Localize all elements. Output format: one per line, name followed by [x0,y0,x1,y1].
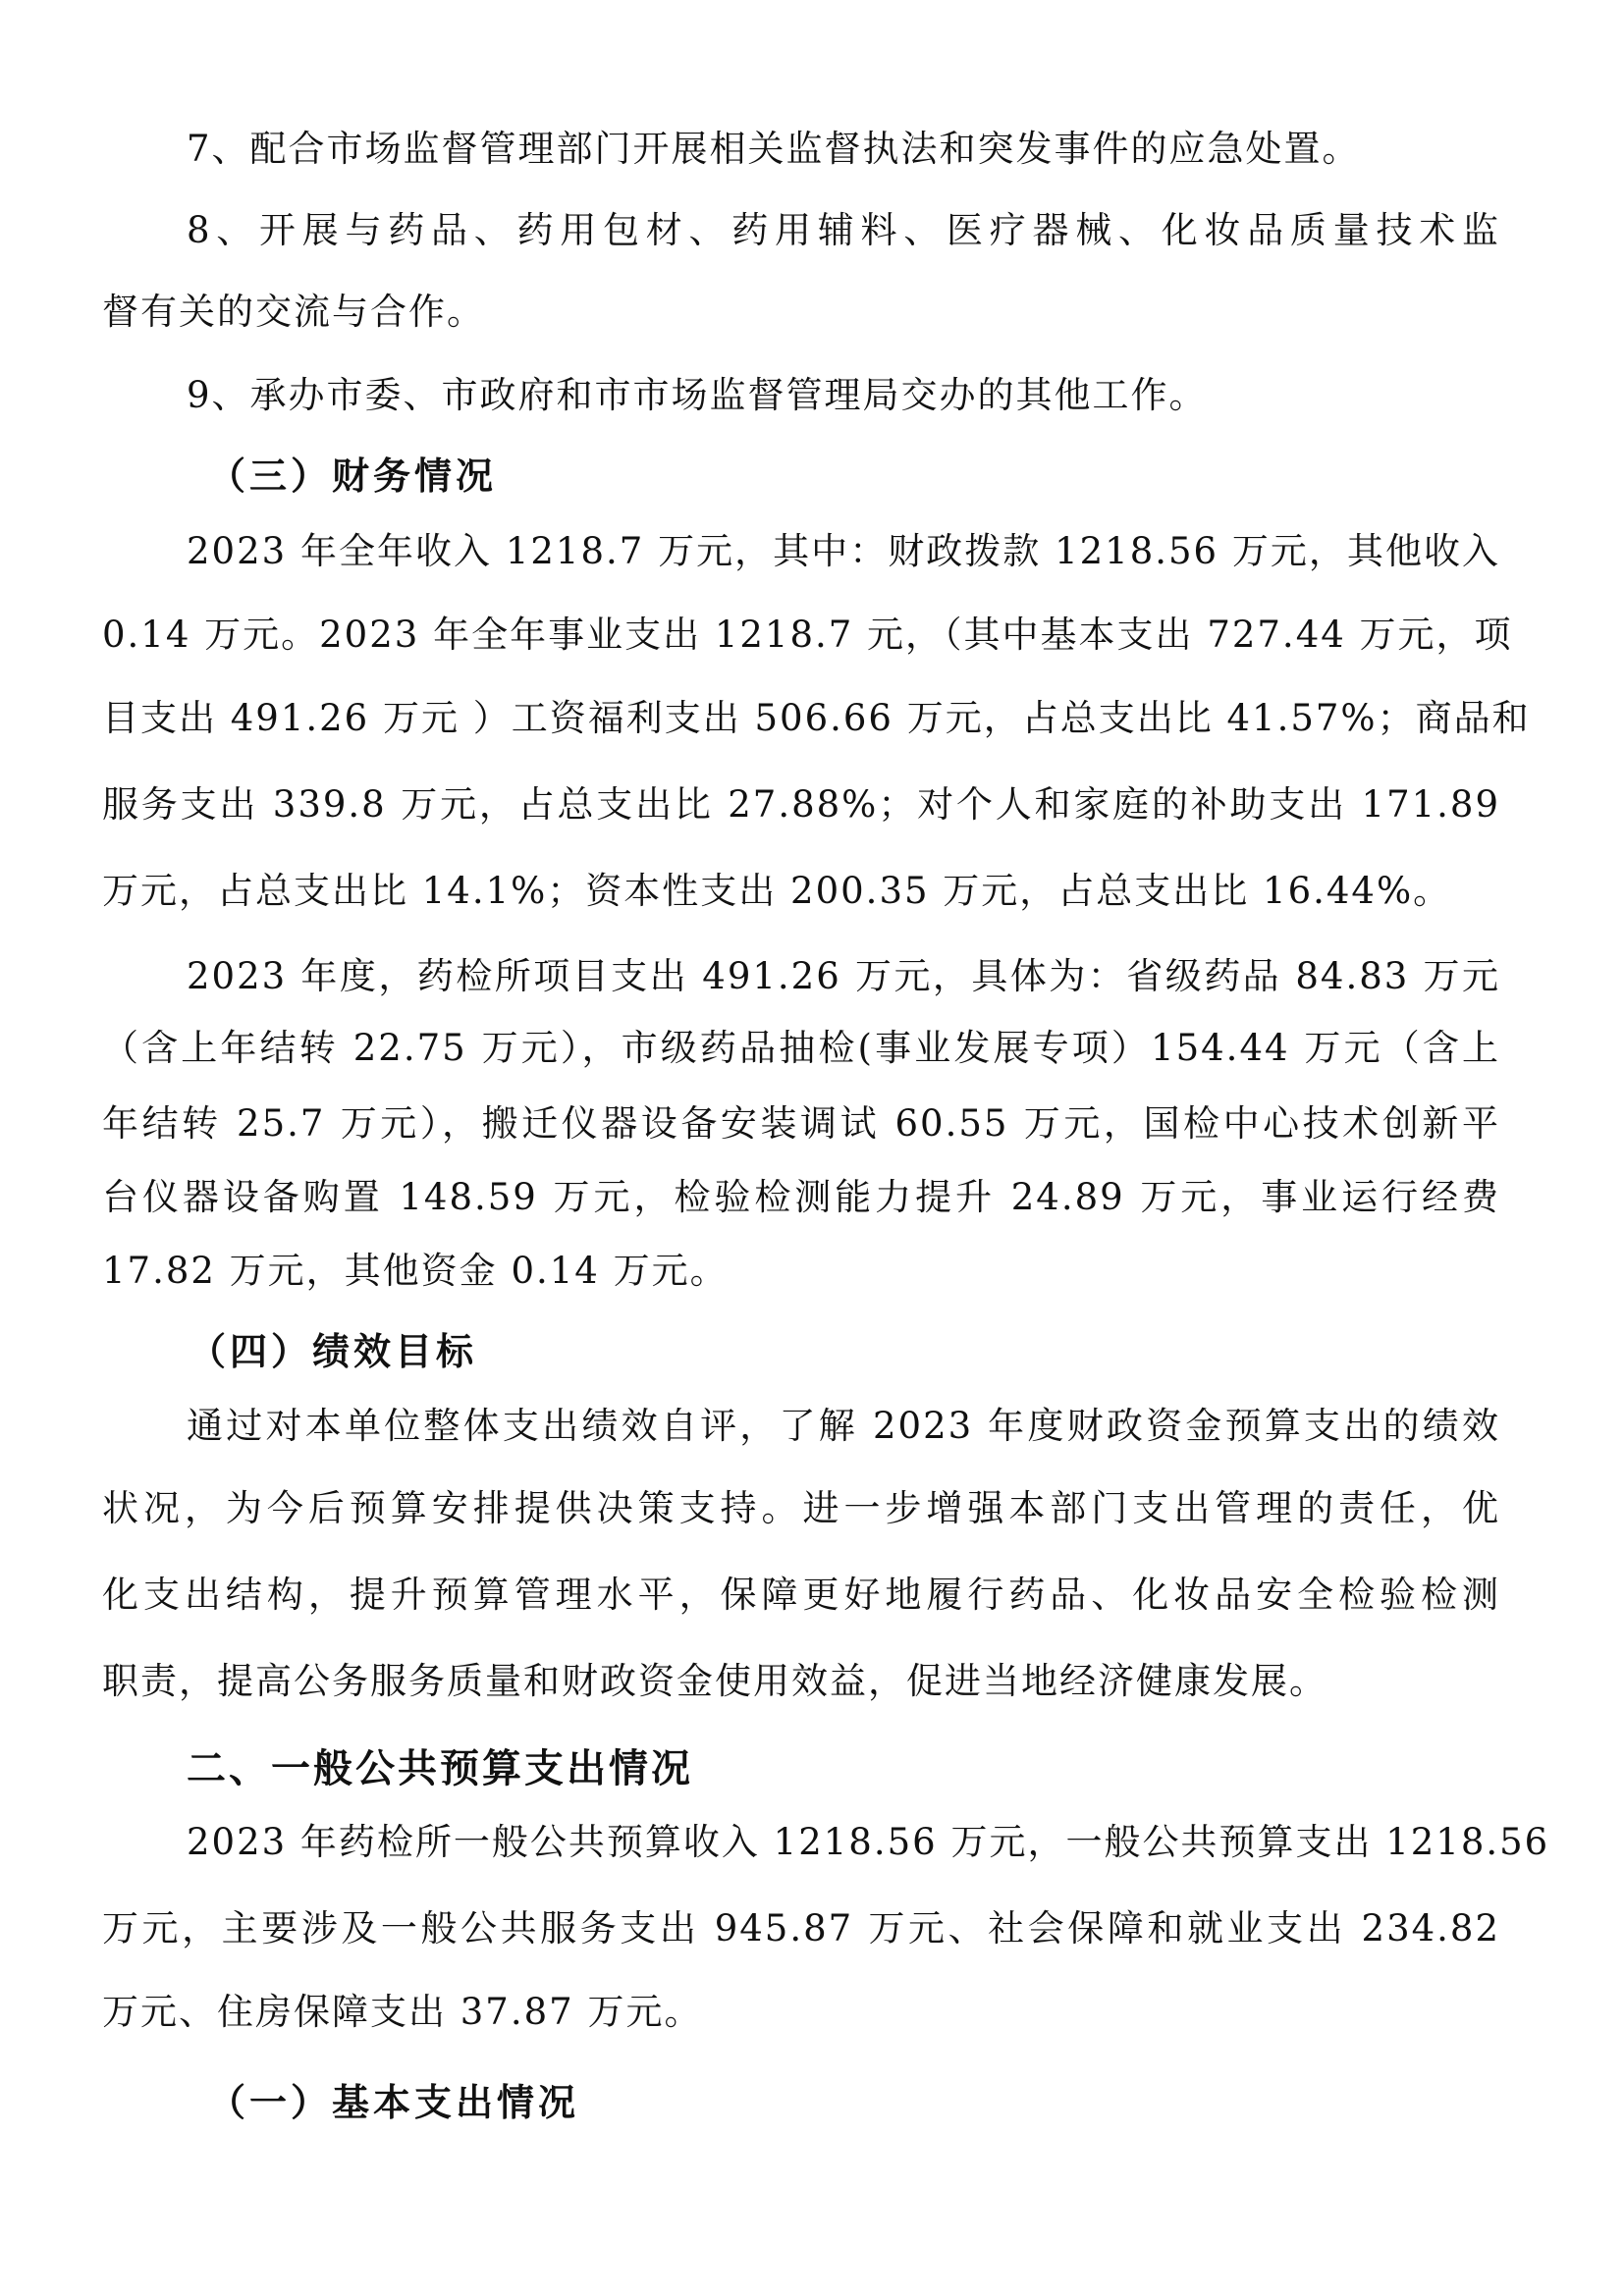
list-item-9: 9、承办市委、市政府和市市场监督管理局交办的其他工作。 [187,366,1500,425]
list-item-8-cont: 督有关的交流与合作。 [102,283,1500,342]
section-heading-finance: （三）财务情况 [208,447,497,506]
finance-para1-line: 2023 年全年收入 1218.7 万元，其中：财政拨款 1218.56 万元，… [187,522,1500,581]
goals-para-line: 通过对本单位整体支出绩效自评，了解 2023 年度财政资金预算支出的绩效 [187,1397,1500,1456]
finance-para1-line: 0.14 万元。2023 年全年事业支出 1218.7 元，（其中基本支出 72… [102,606,1500,665]
finance-para2-line: 17.82 万元，其他资金 0.14 万元。 [102,1242,1500,1301]
document-page: 7、配合市场监督管理部门开展相关监督执法和突发事件的应急处置。 8、开展与药品、… [0,0,1624,2296]
finance-para2-line: 台仪器设备购置 148.59 万元，检验检测能力提升 24.89 万元，事业运行… [102,1168,1500,1227]
budget-para-line: 2023 年药检所一般公共预算收入 1218.56 万元，一般公共预算支出 12… [187,1813,1500,1872]
finance-para2-line: 年结转 25.7 万元），搬迁仪器设备安装调试 60.55 万元，国检中心技术创… [102,1095,1500,1153]
finance-para2-line: （含上年结转 22.75 万元），市级药品抽检(事业发展专项）154.44 万元… [102,1019,1500,1078]
goals-para-line: 职责，提高公务服务质量和财政资金使用效益，促进当地经济健康发展。 [102,1652,1500,1711]
budget-para-line: 万元、住房保障支出 37.87 万元。 [102,1983,1500,2042]
list-item-7: 7、配合市场监督管理部门开展相关监督执法和突发事件的应急处置。 [187,120,1500,179]
list-item-8: 8、开展与药品、药用包材、药用辅料、医疗器械、化妆品质量技术监 [187,201,1500,260]
section-heading-goals: （四）绩效目标 [189,1322,477,1381]
subsection-heading-basic-expenditure: （一）基本支出情况 [208,2073,579,2132]
goals-para-line: 化支出结构，提升预算管理水平，保障更好地履行药品、化妆品安全检验检测 [102,1566,1500,1625]
finance-para1-line: 服务支出 339.8 万元，占总支出比 27.88%；对个人和家庭的补助支出 1… [102,775,1500,834]
finance-para2-line: 2023 年度，药检所项目支出 491.26 万元，具体为：省级药品 84.83… [187,947,1500,1006]
goals-para-line: 状况，为今后预算安排提供决策支持。进一步增强本部门支出管理的责任，优 [102,1479,1500,1538]
finance-para1-line: 万元，占总支出比 14.1%；资本性支出 200.35 万元，占总支出比 16.… [102,862,1500,921]
finance-para1-line: 目支出 491.26 万元 ）工资福利支出 506.66 万元，占总支出比 41… [102,689,1500,748]
section-heading-general-budget: 二、一般公共预算支出情况 [187,1739,693,1798]
budget-para-line: 万元，主要涉及一般公共服务支出 945.87 万元、社会保障和就业支出 234.… [102,1899,1500,1958]
